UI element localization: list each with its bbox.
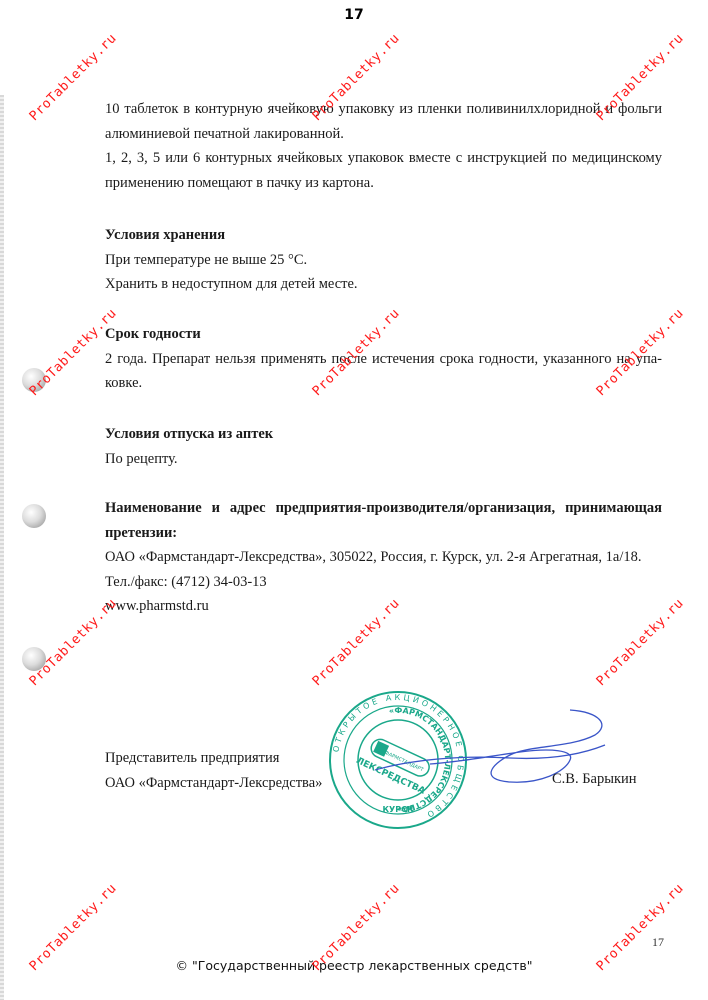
storage-section: Условия хранения При температуре не выше… xyxy=(105,223,662,297)
packaging-section: 10 таблеток в контурную ячейковую упаков… xyxy=(105,97,662,195)
section-title: претензии: xyxy=(105,521,662,546)
watermark: ProTabletky.ru xyxy=(27,596,120,689)
manufacturer-section: Наименование и адрес предприятия-произво… xyxy=(105,496,662,619)
manufacturer-phone: Тел./факс: (4712) 34-03-13 xyxy=(105,570,662,595)
packaging-line: 10 таблеток в контурную ячейковую упаков… xyxy=(105,97,662,122)
signer-name: С.В. Барыкин xyxy=(552,771,637,788)
storage-line: При температуре не выше 25 °С. xyxy=(105,248,662,273)
packaging-line: применению помещают в пачку из картона. xyxy=(105,171,662,196)
dispensing-section: Условия отпуска из аптек По рецепту. xyxy=(105,422,662,471)
manufacturer-address: ОАО «Фармстандарт-Лексредства», 305022, … xyxy=(105,545,662,570)
storage-line: Хранить в недоступном для детей месте. xyxy=(105,272,662,297)
dispensing-line: По рецепту. xyxy=(105,447,662,472)
representative-role: Представитель предприятия xyxy=(105,746,322,771)
section-title: Наименование и адрес предприятия-произво… xyxy=(105,496,662,521)
section-title: Условия отпуска из аптек xyxy=(105,422,662,447)
packaging-line: алюминиевой печатной лакированной. xyxy=(105,122,662,147)
representative-company: ОАО «Фармстандарт-Лексредства» xyxy=(105,771,322,796)
punch-hole xyxy=(22,504,46,528)
page-number-header: 17 xyxy=(0,7,708,23)
shelf-life-line: ковке. xyxy=(105,371,662,396)
representative-block: Представитель предприятия ОАО «Фармстанд… xyxy=(105,746,322,795)
page-left-edge xyxy=(0,95,4,1000)
footer-page-number: 17 xyxy=(652,935,664,950)
shelf-life-line: 2 года. Препарат нельзя применять после … xyxy=(105,347,662,372)
section-title: Условия хранения xyxy=(105,223,662,248)
svg-text:КУРСК: КУРСК xyxy=(383,805,414,814)
packaging-line: 1, 2, 3, 5 или 6 контурных ячейковых упа… xyxy=(105,146,662,171)
